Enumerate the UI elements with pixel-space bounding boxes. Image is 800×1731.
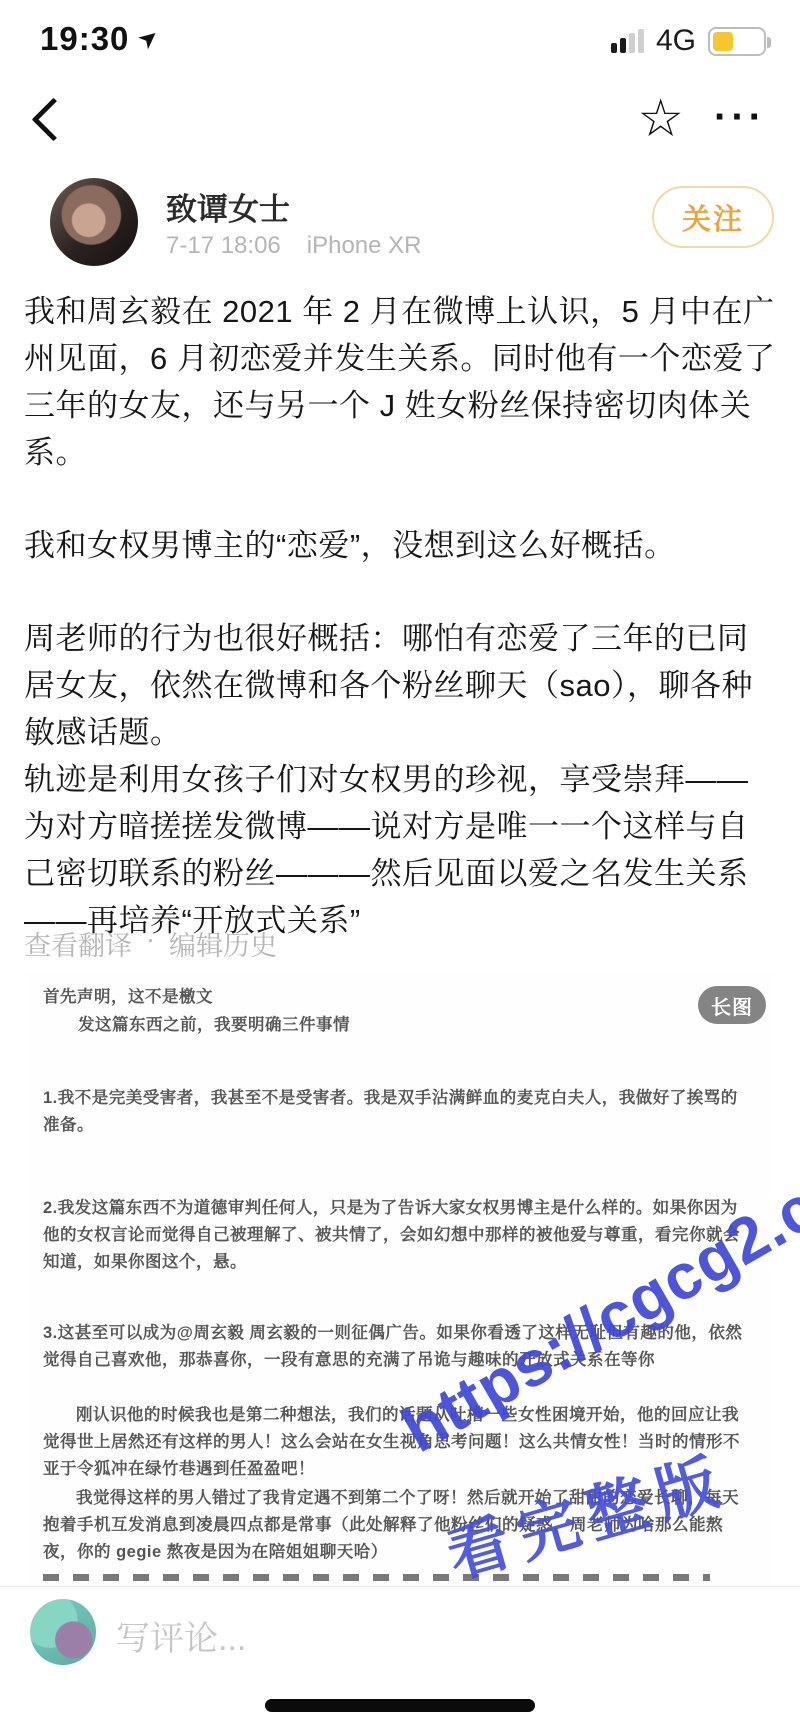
link-separator: · [146,924,155,963]
favorite-star-icon[interactable]: ☆ [637,86,684,152]
image-text-paragraph: 1.我不是完美受害者，我甚至不是受害者。我是双手沾满鲜血的麦克白夫人，我做好了挨… [43,1085,753,1139]
comment-bar: 写评论... [0,1586,800,1696]
nav-bar: ☆ ··· [0,86,800,158]
home-indicator[interactable] [265,1699,535,1712]
long-image-badge: 长图 [698,986,766,1024]
comment-input[interactable]: 写评论... [116,1611,246,1660]
post-paragraph: 轨迹是利用女孩子们对女权男的珍视，享受崇拜——为对方暗搓搓发微博——说对方是唯一… [24,756,776,944]
signal-strength-icon [611,29,644,53]
clock: 19:30 [40,20,129,58]
battery-icon [708,27,766,56]
post-body: 我和周玄毅在 2021 年 2 月在微博上认识，5 月中在广州见面，6 月初恋爱… [0,288,800,944]
post-meta: 7-17 18:06 iPhone XR [166,232,422,260]
post-paragraph: 我和周玄毅在 2021 年 2 月在微博上认识，5 月中在广州见面，6 月初恋爱… [24,288,776,476]
truncated-text-line [43,1574,710,1581]
status-bar: 19:30 ➤ 4G [0,0,800,62]
post-links: 查看翻译 · 编辑历史 [24,924,277,963]
post-paragraph: 周老师的行为也很好概括：哪怕有恋爱了三年的已同居女友，依然在微博和各个粉丝聊天（… [24,615,776,756]
image-text-line: 首先声明，这不是檄文 [43,984,753,1011]
edit-history-link[interactable]: 编辑历史 [169,924,277,963]
weibo-post-screen: 19:30 ➤ 4G ☆ ··· 致谭女士 7-17 18:06 iPhone … [0,0,800,1731]
network-type: 4G [656,24,696,58]
author-avatar[interactable] [50,178,138,266]
location-arrow-icon: ➤ [134,23,165,54]
post-timestamp: 7-17 18:06 [166,232,281,260]
image-text-line: 发这篇东西之前，我要明确三件事情 [43,1012,753,1039]
more-options-icon[interactable]: ··· [714,86,766,148]
commenter-avatar [30,1599,96,1665]
post-device: iPhone XR [307,232,422,260]
follow-button[interactable]: 关注 [652,186,774,248]
post-header: 致谭女士 7-17 18:06 iPhone XR 关注 [0,176,800,268]
author-name[interactable]: 致谭女士 [166,184,290,229]
back-chevron-icon[interactable] [28,90,72,150]
post-paragraph: 我和女权男博主的“恋爱”，没想到这么好概括。 [24,522,776,569]
view-translation-link[interactable]: 查看翻译 [24,924,132,963]
